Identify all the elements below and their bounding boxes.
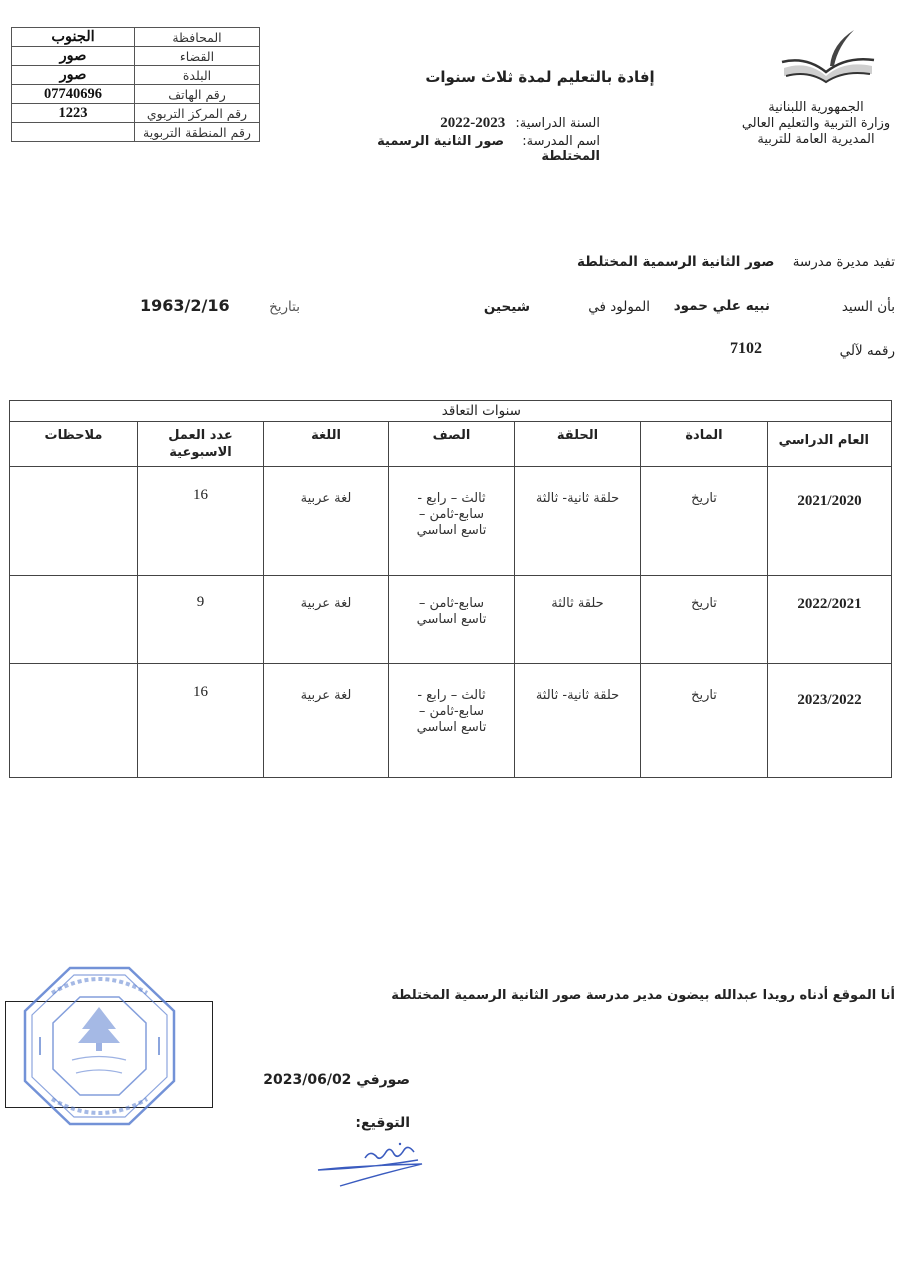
signature-label: التوقيع: bbox=[300, 1115, 410, 1131]
ministry-line: الجمهورية اللبنانية bbox=[730, 100, 902, 116]
column-header-language: اللغة bbox=[264, 422, 389, 467]
info-row: البلدةصور bbox=[12, 66, 260, 85]
info-row: رقم المنطقة التربوية bbox=[12, 123, 260, 142]
column-header-year: العام الدراسي bbox=[768, 422, 892, 467]
table-caption: سنوات التعاقد bbox=[10, 401, 892, 422]
table-row: 2022/2021 تاريخ حلقة ثالثة سابع-ثامن –تا… bbox=[10, 576, 892, 664]
official-stamp-icon bbox=[22, 965, 177, 1127]
info-label: البلدة bbox=[135, 66, 260, 85]
cell-cycle: حلقة ثانية- ثالثة bbox=[515, 467, 641, 576]
intro-school: صور الثانية الرسمية المختلطة bbox=[577, 254, 774, 270]
person-name: نبيه علي حمود bbox=[660, 298, 770, 314]
school-year-value: 2023-2022 bbox=[440, 115, 505, 131]
cell-grade: ثالث – رابع - سابع-ثامن –تاسع اساسي bbox=[389, 664, 515, 778]
info-row: المحافظةالجنوب bbox=[12, 28, 260, 47]
info-row: رقم الهاتف07740696 bbox=[12, 85, 260, 104]
info-value: 1223 bbox=[12, 104, 135, 123]
table-row: 2023/2022 تاريخ حلقة ثانية- ثالثة ثالث –… bbox=[10, 664, 892, 778]
cell-notes bbox=[10, 664, 138, 778]
column-header-notes: ملاحظات bbox=[10, 422, 138, 467]
contract-years-table: سنوات التعاقد العام الدراسي المادة الحلق… bbox=[9, 400, 892, 778]
info-row: رقم المركز التربوي1223 bbox=[12, 104, 260, 123]
born-in-label: المولود في bbox=[560, 299, 650, 315]
id-value: 7102 bbox=[730, 340, 790, 358]
cell-subject: تاريخ bbox=[641, 467, 768, 576]
intro-label: تفيد مديرة مدرسة bbox=[793, 254, 895, 270]
cell-weekly-hours: 9 bbox=[138, 576, 264, 664]
cell-language: لغة عربية bbox=[264, 664, 389, 778]
ministry-line: المديرية العامة للتربية bbox=[730, 132, 902, 148]
birth-date: 1963/2/16 bbox=[140, 296, 240, 315]
cell-weekly-hours: 16 bbox=[138, 664, 264, 778]
cell-year: 2023/2022 bbox=[768, 664, 892, 778]
declaration-text: أنا الموقع أدناه رويدا عبدالله بيضون مدي… bbox=[390, 988, 895, 1003]
mr-label: بأن السيد bbox=[805, 299, 895, 315]
info-value bbox=[12, 123, 135, 142]
cell-language: لغة عربية bbox=[264, 467, 389, 576]
document-title: إفادة بالتعليم لمدة ثلاث سنوات bbox=[420, 68, 660, 86]
cell-subject: تاريخ bbox=[641, 664, 768, 778]
ministry-header: الجمهورية اللبنانية وزارة التربية والتعل… bbox=[730, 100, 902, 148]
date-label: بتاريخ bbox=[240, 299, 300, 315]
info-value: صور bbox=[12, 47, 135, 66]
info-label: رقم الهاتف bbox=[135, 85, 260, 104]
school-name-label: اسم المدرسة: bbox=[522, 134, 600, 149]
table-header-row: العام الدراسي المادة الحلقة الصف اللغة ع… bbox=[10, 422, 892, 467]
info-table: المحافظةالجنوب القضاءصور البلدةصور رقم ا… bbox=[11, 27, 260, 142]
table-row: 2021/2020 تاريخ حلقة ثانية- ثالثة ثالث –… bbox=[10, 467, 892, 576]
info-label: القضاء bbox=[135, 47, 260, 66]
cell-grade: سابع-ثامن –تاسع اساسي bbox=[389, 576, 515, 664]
place-date: صورفي 2023/06/02 bbox=[250, 1072, 410, 1088]
school-year-label: السنة الدراسية: bbox=[515, 116, 600, 131]
info-label: رقم المركز التربوي bbox=[135, 104, 260, 123]
info-value: الجنوب bbox=[12, 28, 135, 47]
ministry-line: وزارة التربية والتعليم العالي bbox=[730, 116, 902, 132]
cell-notes bbox=[10, 576, 138, 664]
info-value: صور bbox=[12, 66, 135, 85]
table-caption-row: سنوات التعاقد bbox=[10, 401, 892, 422]
cell-cycle: حلقة ثانية- ثالثة bbox=[515, 664, 641, 778]
info-value: 07740696 bbox=[12, 85, 135, 104]
column-header-subject: المادة bbox=[641, 422, 768, 467]
intro-line: تفيد مديرة مدرسة صور الثانية الرسمية الم… bbox=[495, 254, 895, 270]
school-year-line: السنة الدراسية: 2023-2022 bbox=[330, 115, 600, 132]
cell-cycle: حلقة ثالثة bbox=[515, 576, 641, 664]
id-label: رقمه لآلي bbox=[805, 343, 895, 359]
cell-weekly-hours: 16 bbox=[138, 467, 264, 576]
column-header-cycle: الحلقة bbox=[515, 422, 641, 467]
school-name-line: اسم المدرسة: صور الثانية الرسمية المختلط… bbox=[330, 134, 600, 164]
cell-grade: ثالث – رابع - سابع-ثامن –تاسع اساسي bbox=[389, 467, 515, 576]
cell-language: لغة عربية bbox=[264, 576, 389, 664]
info-row: القضاءصور bbox=[12, 47, 260, 66]
column-header-grade: الصف bbox=[389, 422, 515, 467]
column-header-weekly-hours: عدد العمل الاسبوعية bbox=[138, 422, 264, 467]
info-label: رقم المنطقة التربوية bbox=[135, 123, 260, 142]
cell-year: 2021/2020 bbox=[768, 467, 892, 576]
info-label: المحافظة bbox=[135, 28, 260, 47]
open-book-quill-icon bbox=[778, 26, 878, 86]
cell-year: 2022/2021 bbox=[768, 576, 892, 664]
birthplace: شيحين bbox=[460, 299, 530, 315]
cell-notes bbox=[10, 467, 138, 576]
cell-subject: تاريخ bbox=[641, 576, 768, 664]
handwritten-signature-icon bbox=[310, 1138, 425, 1193]
